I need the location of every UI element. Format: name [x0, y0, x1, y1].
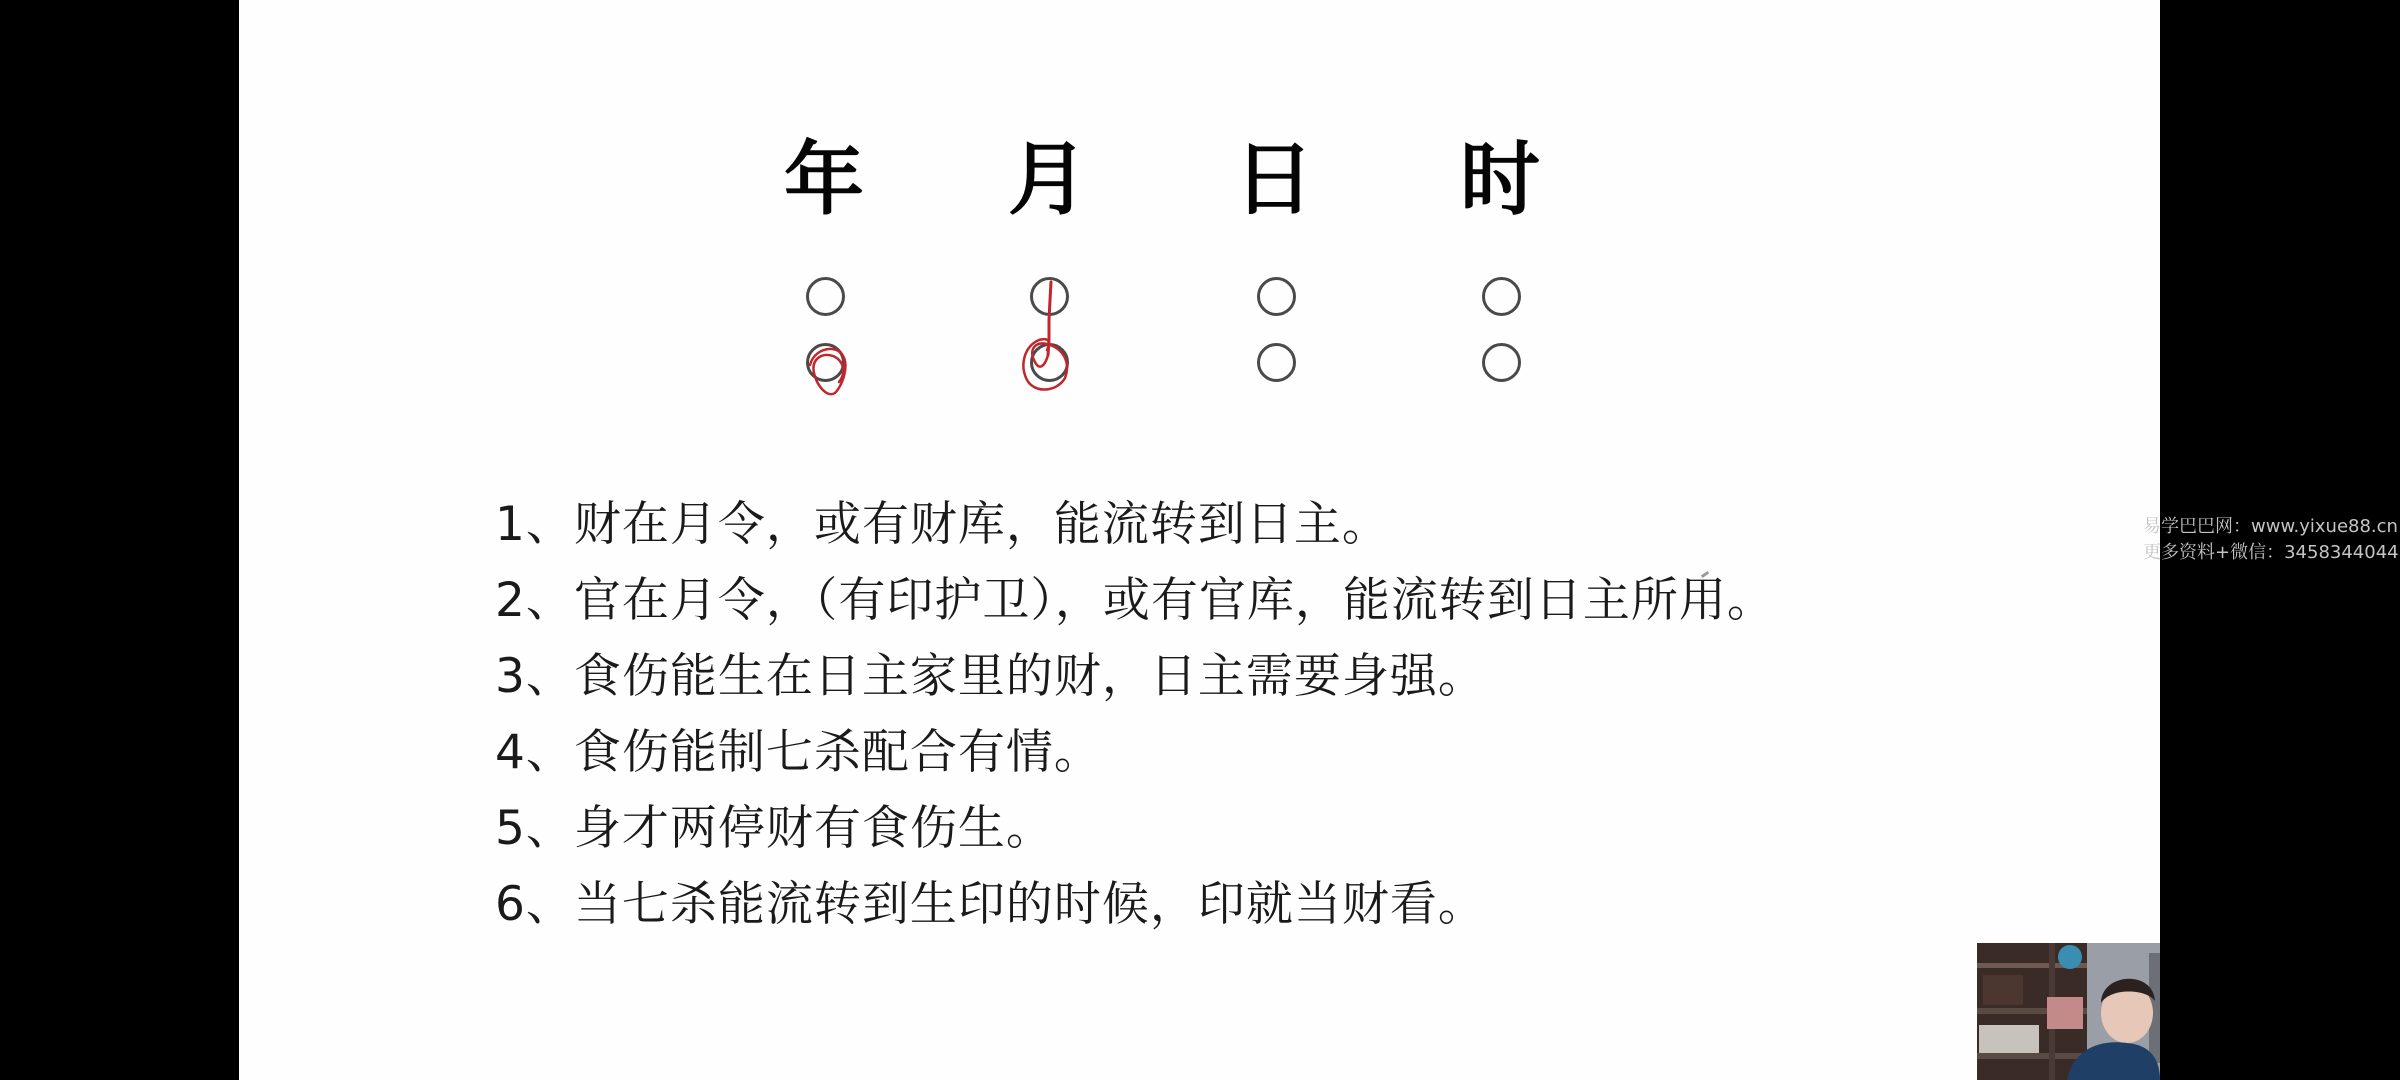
rule-text: 食伤能制七杀配合有情。: [574, 725, 1102, 780]
watermark-contact-line: 更多资料+微信：3458344044: [2143, 540, 2399, 566]
month-branch-circle: [1030, 343, 1069, 382]
year-branch-circle: [806, 343, 845, 382]
rule-text: 官在月令，（有印护卫），或有官库，能流转到日主所用。: [574, 573, 1775, 628]
rule-item-6: 6、当七杀能流转到生印的时候，印就当财看。: [495, 872, 1775, 948]
hour-branch-circle: [1482, 343, 1521, 382]
rule-item-5: 5、身才两停财有食伤生。: [495, 796, 1775, 872]
lecture-slide: 年 月 日 时 1、财在月令，或有财库，能流转到日主。 2、: [239, 0, 2160, 1080]
rule-item-4: 4、食伤能制七杀配合有情。: [495, 720, 1775, 796]
rule-text: 身才两停财有食伤生。: [574, 801, 1054, 856]
rule-text: 当七杀能流转到生印的时候，印就当财看。: [574, 877, 1486, 932]
year-stem-circle: [806, 277, 845, 316]
rule-item-3: 3、食伤能生在日主家里的财，日主需要身强。: [495, 644, 1775, 720]
hour-stem-circle: [1482, 277, 1521, 316]
rules-list: 1、财在月令，或有财库，能流转到日主。 2、官在月令，（有印护卫），或有官库，能…: [495, 492, 1775, 948]
webcam-video-image: [1977, 943, 2160, 1080]
rule-number: 1、: [495, 492, 574, 558]
video-frame: 年 月 日 时 1、财在月令，或有财库，能流转到日主。 2、: [0, 0, 2400, 1080]
rule-text: 财在月令，或有财库，能流转到日主。: [574, 497, 1390, 552]
presenter-webcam: [1977, 943, 2160, 1080]
rule-number: 5、: [495, 796, 574, 862]
rule-number: 3、: [495, 644, 574, 710]
rule-number: 2、: [495, 568, 574, 634]
rule-text: 食伤能生在日主家里的财，日主需要身强。: [574, 649, 1486, 704]
pillar-heading-year: 年: [769, 130, 879, 230]
watermark-site-line: 易学巴巴网：www.yixue88.cn: [2143, 514, 2399, 540]
pillar-heading-month: 月: [993, 130, 1103, 230]
rule-item-1: 1、财在月令，或有财库，能流转到日主。: [495, 492, 1775, 568]
pillar-heading-hour: 时: [1445, 130, 1555, 230]
rule-number: 4、: [495, 720, 574, 786]
rule-item-2: 2、官在月令，（有印护卫），或有官库，能流转到日主所用。: [495, 568, 1775, 644]
day-stem-circle: [1257, 277, 1296, 316]
day-branch-circle: [1257, 343, 1296, 382]
month-stem-circle: [1030, 277, 1069, 316]
rule-number: 6、: [495, 872, 574, 938]
watermark: 易学巴巴网：www.yixue88.cn 更多资料+微信：3458344044: [2143, 514, 2399, 566]
pillar-heading-day: 日: [1219, 130, 1329, 230]
